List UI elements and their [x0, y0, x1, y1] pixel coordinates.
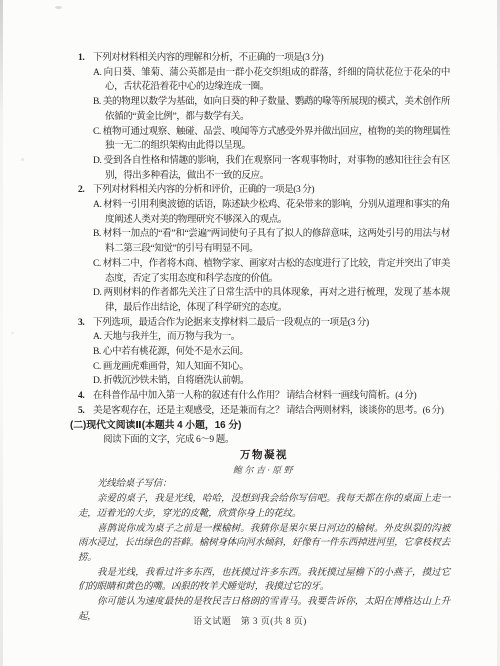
essay-author: 鲍尔吉·原野	[78, 463, 450, 478]
question-stem: 下列选项，最适合作为论据来支撑材料二最后一段观点的一项是(3 分)	[93, 316, 450, 331]
question-1: 1. 下列对材料相关内容的理解和分析，不正确的一项是(3 分) A. 向日葵、雏…	[78, 51, 450, 183]
question-number: 1.	[78, 51, 93, 183]
scan-edge-left	[0, 0, 3, 666]
scan-speck	[21, 158, 24, 161]
question-stem: 美是客观存在，还是主观感受，还是兼而有之？ 请结合两则材料，谈谈你的思考。(6 …	[93, 404, 450, 419]
option-a: A. 材料一引用利奥波德的话语，陈述缺少松鸡、花朵带来的影响，分别从道理和事实的…	[93, 198, 450, 227]
exam-content: 1. 下列对材料相关内容的理解和分析，不正确的一项是(3 分) A. 向日葵、雏…	[78, 51, 450, 624]
question-number: 2.	[78, 183, 93, 315]
option-d: D. 两则材料的作者都先关注了日常生活中的具体现象，再对之进行梳理，发现了基本规…	[93, 286, 450, 315]
question-number: 3.	[78, 316, 93, 390]
essay-paragraph: 光线给桌子写信：	[78, 477, 450, 492]
option-a: A. 向日葵、雏菊、蒲公英都是由一群小花交织组成的群落，纤细的筒状花位于花朵的中…	[93, 66, 450, 95]
scan-speck	[11, 332, 14, 334]
question-number: 5.	[78, 404, 93, 419]
option-d: D. 折戟沉沙铁未销，自将磨洗认前朝。	[93, 374, 450, 389]
essay: 万物凝视 鲍尔吉·原野 光线给桌子写信： 亲爱的桌子，我是光线，哈哈，没想到我会…	[78, 448, 450, 624]
question-2: 2. 下列对材料相关内容的分析和评价，正确的一项是(3 分) A. 材料一引用利…	[78, 183, 450, 315]
question-5: 5. 美是客观存在，还是主观感受，还是兼而有之？ 请结合两则材料，谈谈你的思考。…	[78, 404, 450, 419]
question-3: 3. 下列选项，最适合作为论据来支撑材料二最后一段观点的一项是(3 分) A. …	[78, 316, 450, 390]
option-a: A. 天地与我并生，而万物与我为一。	[93, 330, 450, 345]
option-b: B. 美的物理以数学为基础，如向日葵的种子数量、鹦鹉的喙等所展现的模式，美术创作…	[93, 95, 450, 124]
question-4: 4. 在科普作品中加入第一人称的叙述有什么作用？ 请结合材料一画线句简析。(4 …	[78, 389, 450, 404]
essay-paragraph: 我是光线，我看过许多东西，也抚摸过许多东西。我抚摸过屋檐下的小燕子，摸过它们的眼…	[78, 566, 450, 595]
option-c: C. 画龙画虎难画骨，知人知面不知心。	[93, 360, 450, 375]
option-b: B. 心中若有桃花源，何处不是水云间。	[93, 345, 450, 360]
option-c: C. 植物可通过观察、触碰、品尝、嗅闻等方式感受外界并做出回应，植物的美的物理属…	[93, 125, 450, 154]
question-stem: 下列对材料相关内容的分析和评价，正确的一项是(3 分)	[93, 183, 450, 198]
section-2-heading: (二)现代文阅读Ⅱ(本题共 4 小题，16 分)	[70, 419, 450, 434]
option-c: C. 材料二中，作者将木商、植物学家、画家对古松的态度进行了比较，肯定并突出了审…	[93, 257, 450, 286]
essay-title: 万物凝视	[78, 448, 450, 463]
option-b: B. 材料一加点的“看”和“尝遍”两词使句子具有了拟人的修辞意味，这两处引号的用…	[93, 227, 450, 256]
essay-paragraph: 亲爱的桌子，我是光线，哈哈，没想到我会给你写信吧。我每天都在你的桌面上走一走，迈…	[78, 492, 450, 521]
exam-paper-page: 1. 下列对材料相关内容的理解和分析，不正确的一项是(3 分) A. 向日葵、雏…	[0, 0, 500, 666]
question-stem: 在科普作品中加入第一人称的叙述有什么作用？ 请结合材料一画线句简析。(4 分)	[93, 389, 450, 404]
option-d: D. 受到各自性格和情趣的影响，我们在观察同一客观事物时，对事物的感知往往会有区…	[93, 154, 450, 183]
scan-speck	[55, 6, 62, 9]
question-stem: 下列对材料相关内容的理解和分析，不正确的一项是(3 分)	[93, 51, 450, 66]
reading-instruction: 阅读下面的文字，完成 6～9 题。	[103, 433, 450, 448]
essay-paragraph: 喜鹊说你成为桌子之前是一棵榆树。我猜你是果尔果日河边的榆树。外皮纵裂的沟被雨水浸…	[78, 522, 450, 566]
question-number: 4.	[78, 389, 93, 404]
page-footer: 语文试题 第 3 页(共 8 页)	[0, 614, 500, 627]
